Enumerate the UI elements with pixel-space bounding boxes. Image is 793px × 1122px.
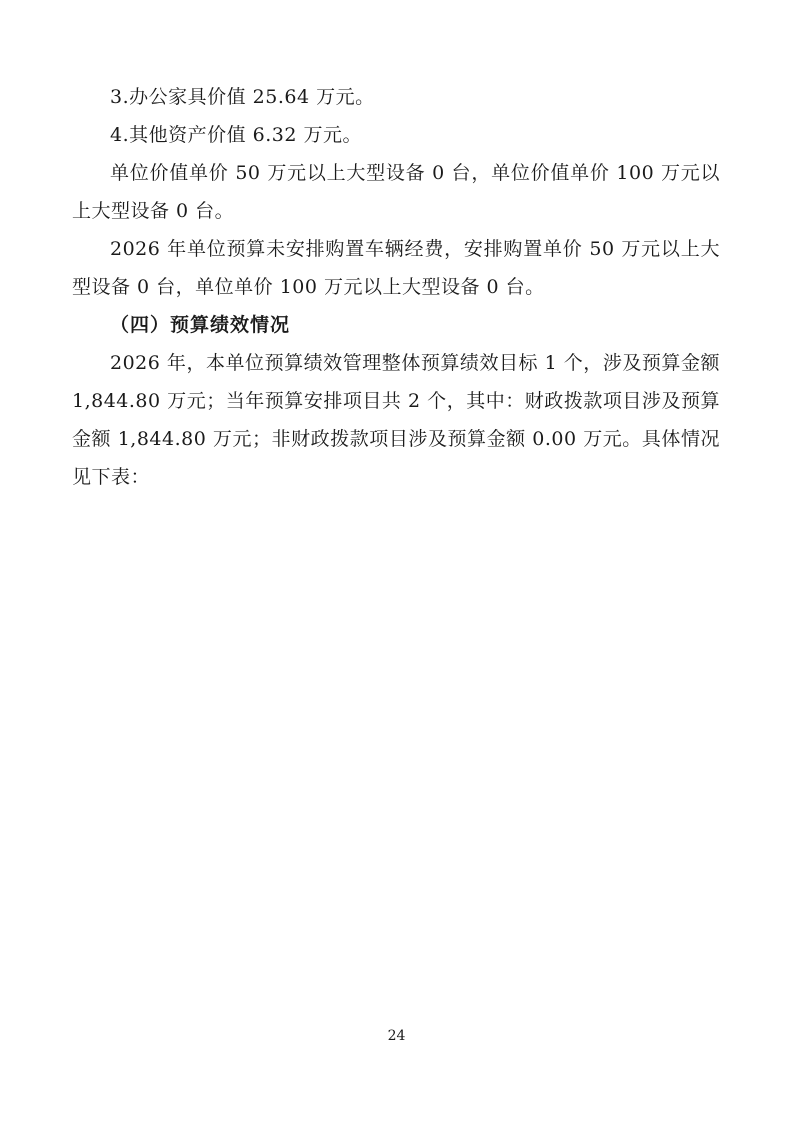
document-content: 3.办公家具价值 25.64 万元。 4.其他资产价值 6.32 万元。 单位价… <box>72 78 720 496</box>
section-heading-budget-performance: （四）预算绩效情况 <box>72 306 720 344</box>
paragraph-other-assets-value: 4.其他资产价值 6.32 万元。 <box>72 116 720 154</box>
page-number: 24 <box>0 1028 793 1044</box>
paragraph-2026-performance-targets: 2026 年，本单位预算绩效管理整体预算绩效目标 1 个，涉及预算金额 1,84… <box>72 344 720 496</box>
paragraph-2026-vehicle-equipment-budget: 2026 年单位预算未安排购置车辆经费，安排购置单价 50 万元以上大型设备 0… <box>72 230 720 306</box>
document-page: 3.办公家具价值 25.64 万元。 4.其他资产价值 6.32 万元。 单位价… <box>0 0 793 1122</box>
paragraph-office-furniture-value: 3.办公家具价值 25.64 万元。 <box>72 78 720 116</box>
paragraph-large-equipment-counts: 单位价值单价 50 万元以上大型设备 0 台，单位价值单价 100 万元以上大型… <box>72 154 720 230</box>
